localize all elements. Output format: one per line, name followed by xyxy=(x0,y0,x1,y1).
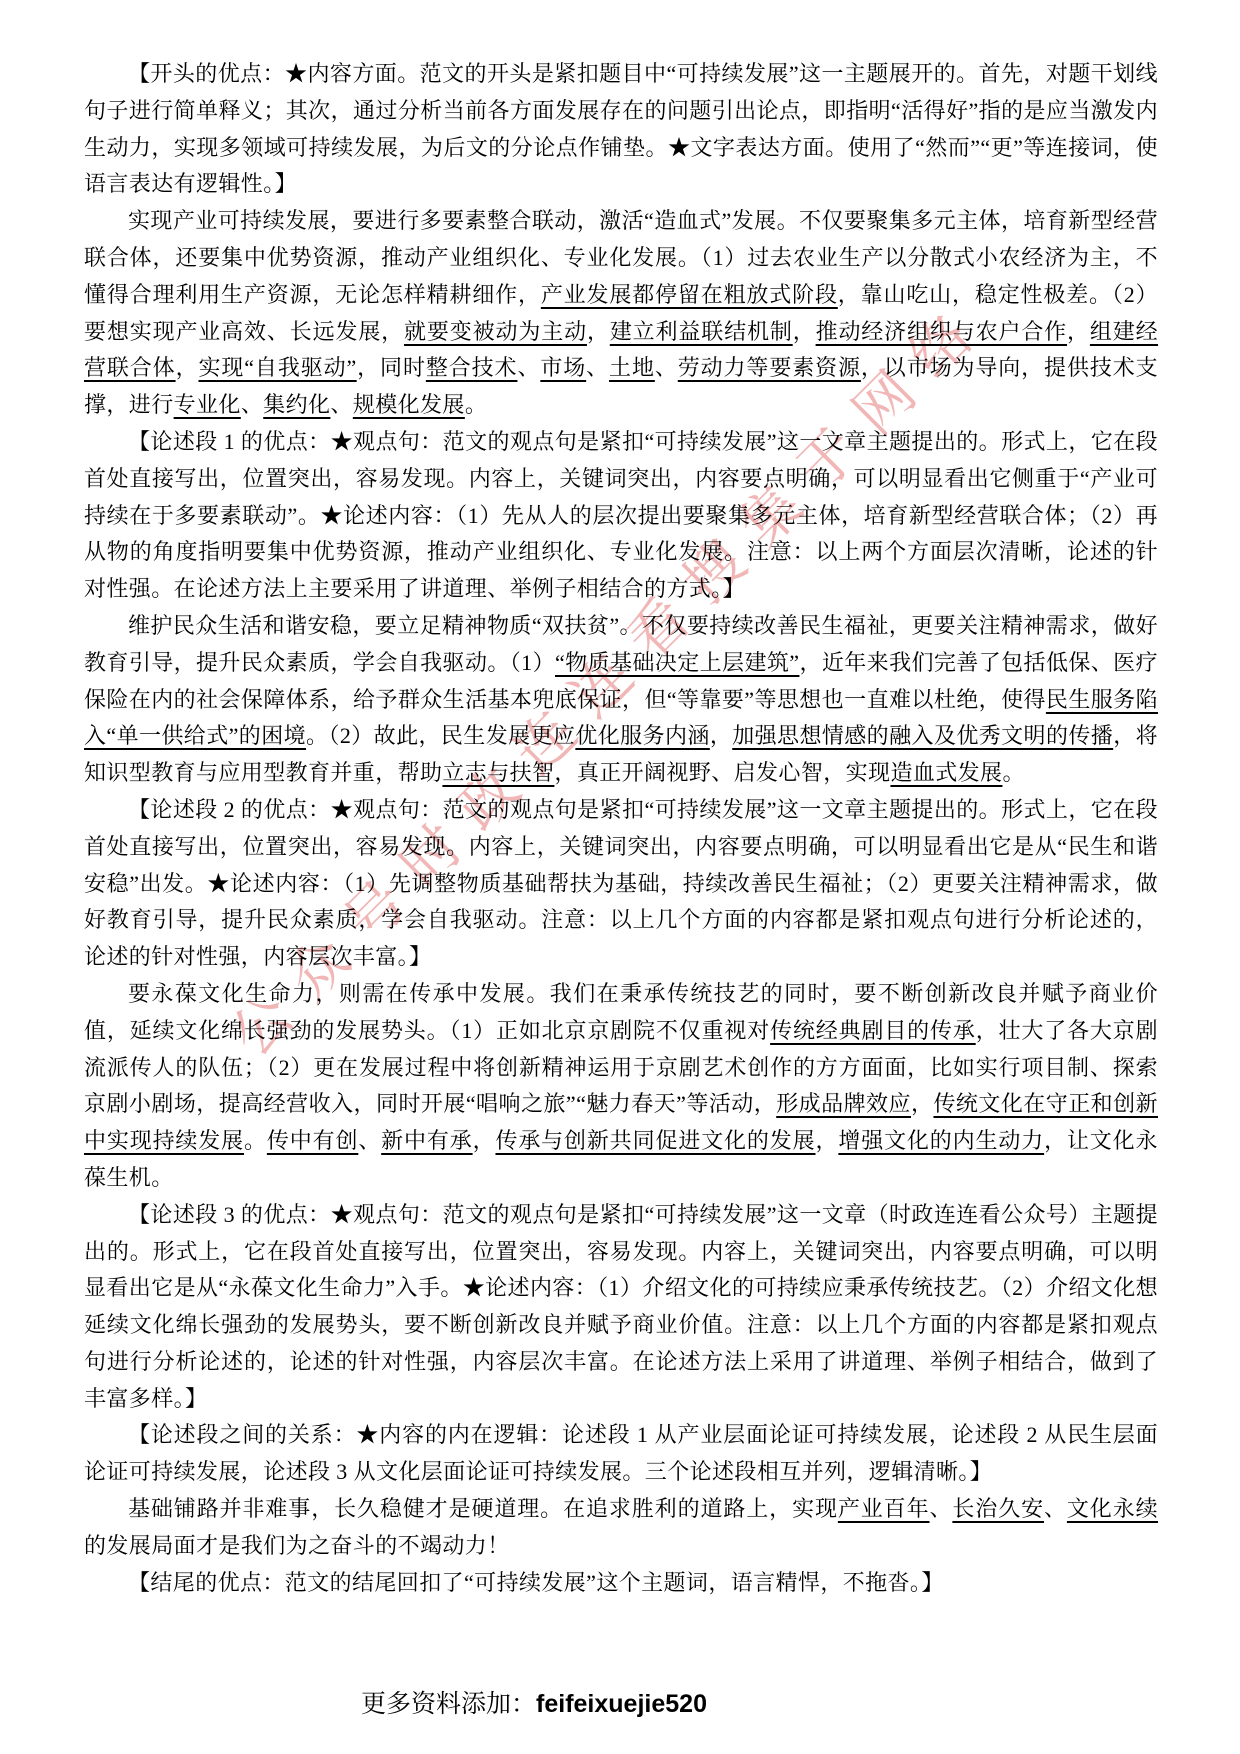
text-run: ，真正开阔视野、启发心智，实现 xyxy=(554,760,890,785)
text-run: 、 xyxy=(1044,1496,1067,1521)
paragraph-essay-paragraph-livelihood: 维护民众生活和谐安稳，要立足精神物质“双扶贫”。不仅要持续改善民生福祉，更要关注… xyxy=(84,608,1158,792)
paragraph-essay-paragraph-industry: 实现产业可持续发展，要进行多要素整合联动，激活“造血式”发展。不仅要聚集多元主体… xyxy=(84,203,1158,424)
underlined-phrase: 产业百年 xyxy=(838,1496,930,1521)
underlined-phrase: 长治久安 xyxy=(952,1496,1044,1521)
underlined-phrase: 规模化发展 xyxy=(353,392,465,417)
underlined-phrase: 优化服务内涵 xyxy=(575,723,709,748)
underlined-phrase: 传统经典剧目的传承 xyxy=(770,1018,976,1043)
text-run: ， xyxy=(1067,319,1090,344)
underlined-phrase: 劳动力等要素资源 xyxy=(678,355,861,380)
text-run: 、 xyxy=(586,355,609,380)
text-run: ， xyxy=(176,355,199,380)
paragraph-essay-paragraph-conclusion: 基础铺路并非难事，长久稳健才是硬道理。在追求胜利的道路上，实现产业百年、长治久安… xyxy=(84,1491,1158,1565)
page-footer: 更多资料添加：feifeixuejie520 xyxy=(0,1684,1240,1720)
paragraph-review-argument-3: 【论述段 3 的优点：★观点句：范文的观点句是紧扣“可持续发展”这一文章（时政连… xyxy=(84,1197,1158,1418)
underlined-phrase: 实现“自我驱动” xyxy=(198,355,356,380)
underlined-phrase: 文化永续 xyxy=(1067,1496,1158,1521)
text-run: ， xyxy=(816,1128,839,1153)
text-run: ， xyxy=(793,319,816,344)
paragraph-essay-paragraph-culture: 要永葆文化生命力，则需在传承中发展。我们在秉承传统技艺的同时，要不断创新改良并赋… xyxy=(84,976,1158,1197)
document-body: 【开头的优点：★内容方面。范文的开头是紧扣题目中“可持续发展”这一主题展开的。首… xyxy=(84,56,1158,1601)
text-run: 、 xyxy=(929,1496,952,1521)
underlined-phrase: 推动经济组织与农户合作 xyxy=(816,319,1067,344)
paragraph-review-opening: 【开头的优点：★内容方面。范文的开头是紧扣题目中“可持续发展”这一主题展开的。首… xyxy=(84,56,1158,203)
text-run: 、 xyxy=(358,1128,381,1153)
text-run: ， xyxy=(473,1128,496,1153)
text-run: 。 xyxy=(244,1128,267,1153)
text-run: 【论述段 2 的优点：★观点句：范文的观点句是紧扣“可持续发展”这一文章主题提出… xyxy=(84,797,1158,969)
text-run: 。 xyxy=(465,392,487,417)
text-run: 【论述段之间的关系：★内容的内在逻辑：论述段 1 从产业层面论证可持续发展，论述… xyxy=(84,1422,1158,1484)
footer-wechat-account: feifeixuejie520 xyxy=(536,1690,707,1718)
text-run: 、 xyxy=(517,355,540,380)
text-run: 【论述段 1 的优点：★观点句：范文的观点句是紧扣“可持续发展”这一文章主题提出… xyxy=(84,429,1158,601)
paragraph-review-argument-1: 【论述段 1 的优点：★观点句：范文的观点句是紧扣“可持续发展”这一文章主题提出… xyxy=(84,424,1158,608)
underlined-phrase: 造血式发展 xyxy=(890,760,1002,785)
text-run: ， xyxy=(587,319,610,344)
underlined-phrase: 形成品牌效应 xyxy=(776,1091,911,1116)
underlined-phrase: 加强思想情感的融入及优秀文明的传播 xyxy=(732,723,1113,748)
underlined-phrase: “物质基础决定上层建筑” xyxy=(555,650,799,675)
underlined-phrase: 市场 xyxy=(540,355,586,380)
text-run: ， xyxy=(911,1091,933,1116)
text-run: 、 xyxy=(330,392,352,417)
text-run: ， xyxy=(710,723,732,748)
underlined-phrase: 增强文化的内生动力 xyxy=(838,1128,1044,1153)
underlined-phrase: 建立利益联结机制 xyxy=(610,319,793,344)
paragraph-review-paragraph-relations: 【论述段之间的关系：★内容的内在逻辑：论述段 1 从产业层面论证可持续发展，论述… xyxy=(84,1417,1158,1491)
paragraph-review-ending: 【结尾的优点：范文的结尾回扣了“可持续发展”这个主题词，语言精悍，不拖沓。】 xyxy=(84,1565,1158,1602)
text-run: 【论述段 3 的优点：★观点句：范文的观点句是紧扣“可持续发展”这一文章（时政连… xyxy=(84,1202,1158,1411)
underlined-phrase: 产业发展都停留在粗放式阶段 xyxy=(541,282,838,307)
underlined-phrase: 专业化 xyxy=(174,392,241,417)
underlined-phrase: 整合技术 xyxy=(426,355,518,380)
text-run: 、 xyxy=(241,392,263,417)
text-run: 【开头的优点：★内容方面。范文的开头是紧扣题目中“可持续发展”这一主题展开的。首… xyxy=(84,61,1158,196)
text-run: 的发展局面才是我们为之奋斗的不竭动力！ xyxy=(84,1533,510,1558)
text-run: ，同时 xyxy=(357,355,426,380)
text-run: 。 xyxy=(1002,760,1024,785)
paragraph-review-argument-2: 【论述段 2 的优点：★观点句：范文的观点句是紧扣“可持续发展”这一文章主题提出… xyxy=(84,792,1158,976)
document-page: 公众号时政连连看搜集于网络 【开头的优点：★内容方面。范文的开头是紧扣题目中“可… xyxy=(0,0,1240,1754)
underlined-phrase: 土地 xyxy=(609,355,655,380)
text-run: 。（2）故此，民生发展更应 xyxy=(306,723,575,748)
underlined-phrase: 传承与创新共同促进文化的发展 xyxy=(495,1128,815,1153)
underlined-phrase: 集约化 xyxy=(263,392,330,417)
text-run: 【结尾的优点：范文的结尾回扣了“可持续发展”这个主题词，语言精悍，不拖沓。】 xyxy=(128,1570,944,1595)
footer-label: 更多资料添加： xyxy=(361,1691,536,1718)
underlined-phrase: 立志与扶智 xyxy=(442,760,554,785)
text-run: 、 xyxy=(655,355,678,380)
underlined-phrase: 就要变被动为主动 xyxy=(404,319,587,344)
underlined-phrase: 新中有承 xyxy=(381,1128,472,1153)
text-run: 基础铺路并非难事，长久稳健才是硬道理。在追求胜利的道路上，实现 xyxy=(128,1496,838,1521)
underlined-phrase: 传中有创 xyxy=(267,1128,358,1153)
